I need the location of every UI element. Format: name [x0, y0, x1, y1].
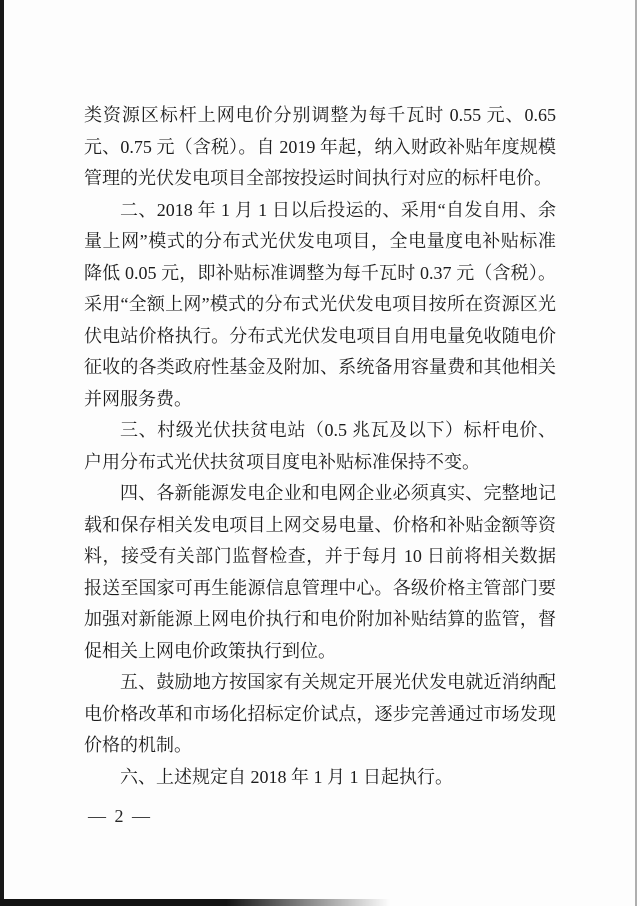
paragraph-item-5: 五、鼓励地方按国家有关规定开展光伏发电就近消纳配电价格改革和市场化招标定价试点，…	[84, 667, 556, 762]
paragraph-continuation: 类资源区标杆上网电价分别调整为每千瓦时 0.55 元、0.65 元、0.75 元…	[84, 100, 556, 195]
scan-edge-left	[0, 0, 4, 906]
paragraph-item-4: 四、各新能源发电企业和电网企业必须真实、完整地记载和保存相关发电项目上网交易电量…	[84, 478, 556, 667]
page-number: — 2 —	[88, 806, 152, 827]
scan-edge-right	[635, 0, 637, 906]
paragraph-item-6: 六、上述规定自 2018 年 1 月 1 日起执行。	[84, 762, 556, 794]
document-body: 类资源区标杆上网电价分别调整为每千瓦时 0.55 元、0.65 元、0.75 元…	[84, 100, 556, 793]
scanned-page: 类资源区标杆上网电价分别调整为每千瓦时 0.55 元、0.65 元、0.75 元…	[0, 0, 640, 906]
paragraph-item-3: 三、村级光伏扶贫电站（0.5 兆瓦及以下）标杆电价、户用分布式光伏扶贫项目度电补…	[84, 415, 556, 478]
paragraph-item-2: 二、2018 年 1 月 1 日以后投运的、采用“自发自用、余量上网”模式的分布…	[84, 195, 556, 416]
scan-edge-bottom	[0, 899, 390, 906]
